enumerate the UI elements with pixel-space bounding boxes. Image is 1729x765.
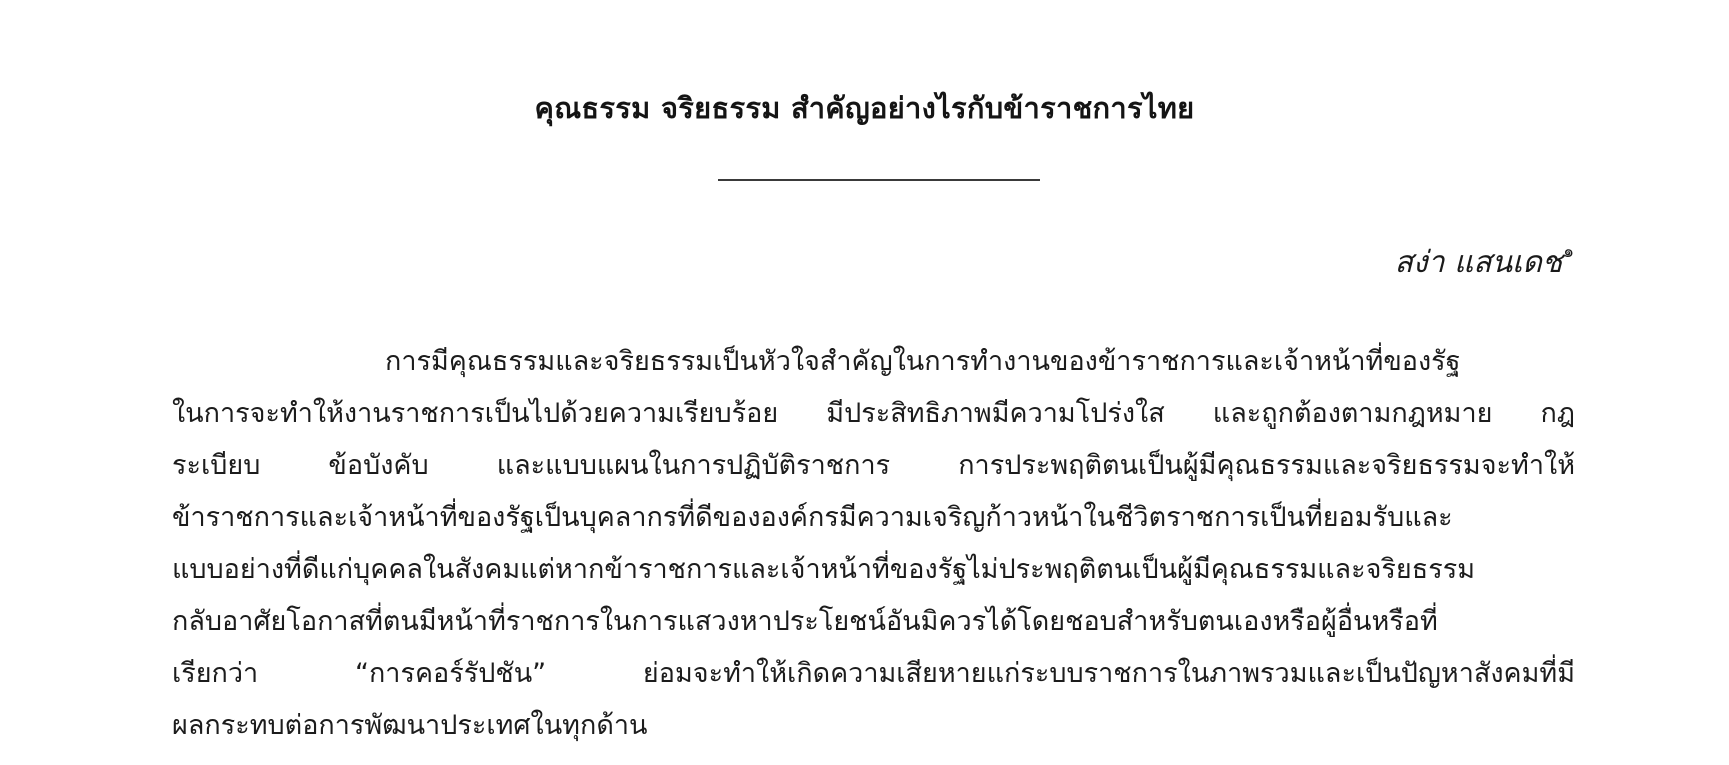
paragraph-line: ในการจะทำให้งานราชการเป็นไปด้วยความเรียบ… (172, 388, 1575, 440)
author-footnote-mark: ๑ (1563, 242, 1574, 262)
document-page: คุณธรรม จริยธรรม สำคัญอย่างไรกับข้าราชกา… (0, 0, 1729, 765)
author-byline: สง่า แสนเดช๑ (1395, 232, 1574, 283)
paragraph-line: การมีคุณธรรมและจริยธรรมเป็นหัวใจสำคัญในก… (172, 336, 1575, 388)
document-title: คุณธรรม จริยธรรม สำคัญอย่างไรกับข้าราชกา… (0, 88, 1729, 128)
paragraph-line: ข้าราชการและเจ้าหน้าที่ของรัฐเป็นบุคลากร… (172, 492, 1575, 544)
body-paragraph: การมีคุณธรรมและจริยธรรมเป็นหัวใจสำคัญในก… (172, 336, 1575, 752)
paragraph-line: ระเบียบ ข้อบังคับ และแบบแผนในการปฏิบัติร… (172, 440, 1575, 492)
paragraph-line: ผลกระทบต่อการพัฒนาประเทศในทุกด้าน (172, 700, 1575, 752)
paragraph-line: แบบอย่างที่ดีแก่บุคคลในสังคมแต่หากข้าราช… (172, 544, 1575, 596)
title-underline-rule (718, 179, 1040, 181)
paragraph-line: กลับอาศัยโอกาสที่ตนมีหน้าที่ราชการในการแ… (172, 596, 1575, 648)
paragraph-line: เรียกว่า “การคอร์รัปชัน” ย่อมจะทำให้เกิด… (172, 648, 1575, 700)
author-name: สง่า แสนเดช (1395, 245, 1563, 280)
